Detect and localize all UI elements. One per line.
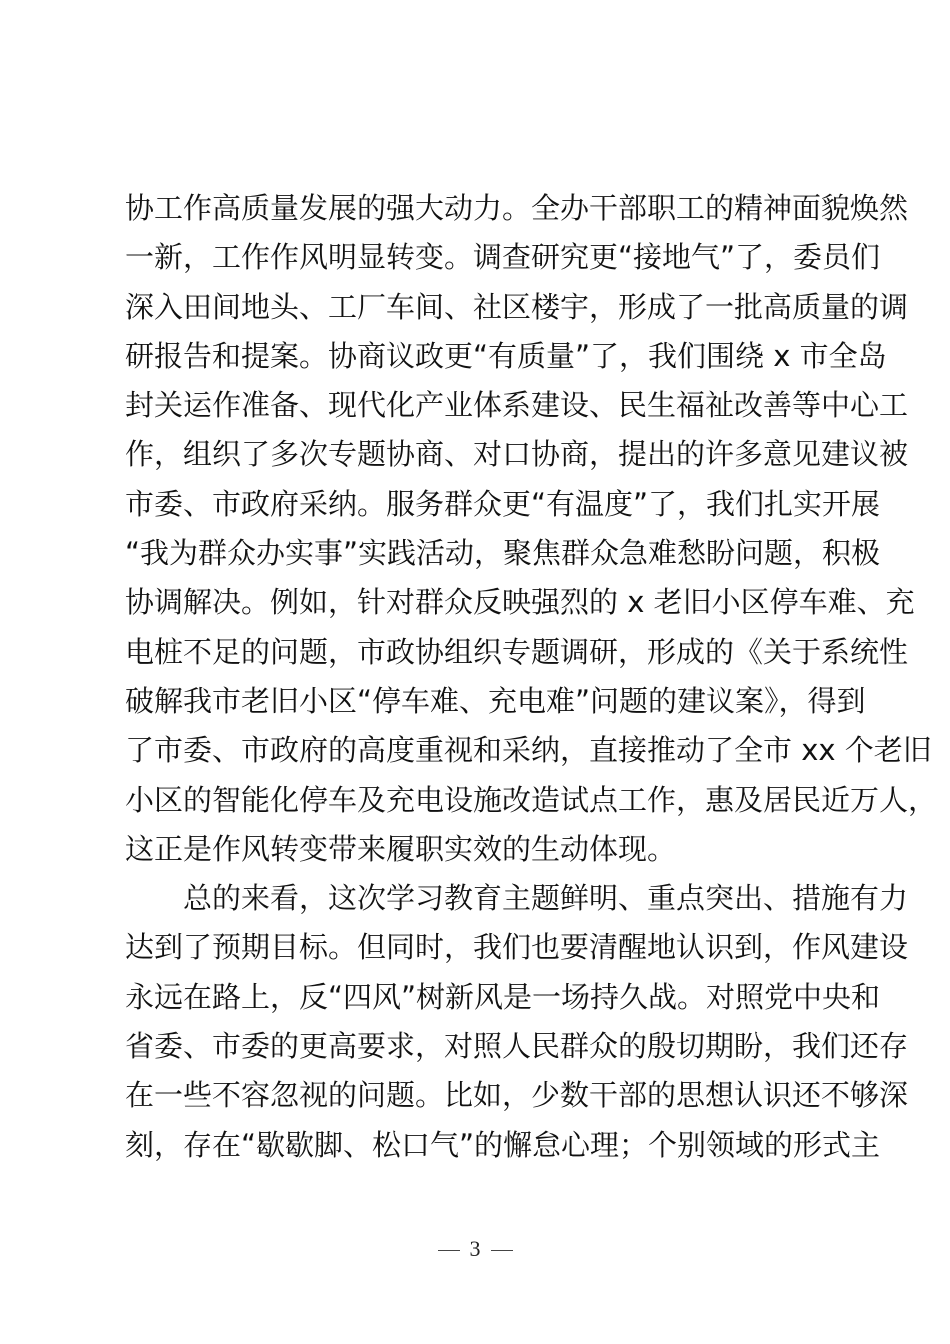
text-line: 深入田间地头、工厂车间、社区楼宇，形成了一批高质量的调 xyxy=(125,283,831,332)
text-line: 刻，存在“歇歇脚、松口气”的懈怠心理；个别领域的形式主 xyxy=(125,1121,831,1170)
text-line: 研报告和提案。协商议政更“有质量”了，我们围绕 x 市全岛 xyxy=(125,332,831,381)
text-line: 市委、市政府采纳。服务群众更“有温度”了，我们扎实开展 xyxy=(125,480,831,529)
text-line: “我为群众办实事”实践活动，聚焦群众急难愁盼问题，积极 xyxy=(125,529,831,578)
text-line: 这正是作风转变带来履职实效的生动体现。 xyxy=(125,825,831,874)
text-line: 封关运作准备、现代化产业体系建设、民生福祉改善等中心工 xyxy=(125,381,831,430)
text-line: 总的来看，这次学习教育主题鲜明、重点突出、措施有力 xyxy=(125,874,831,923)
text-line: 永远在路上，反“四风”树新风是一场持久战。对照党中央和 xyxy=(125,973,831,1022)
text-line: 省委、市委的更高要求，对照人民群众的殷切期盼，我们还存 xyxy=(125,1022,831,1071)
text-line: 一新，工作作风明显转变。调查研究更“接地气”了，委员们 xyxy=(125,233,831,282)
page-footer: 3 xyxy=(0,1236,950,1262)
text-line: 小区的智能化停车及充电设施改造试点工作，惠及居民近万人， xyxy=(125,776,855,825)
text-line: 协工作高质量发展的强大动力。全办干部职工的精神面貌焕然 xyxy=(125,184,831,233)
body-text: 协工作高质量发展的强大动力。全办干部职工的精神面貌焕然 一新，工作作风明显转变。… xyxy=(125,184,831,1170)
text-line: 在一些不容忽视的问题。比如，少数干部的思想认识还不够深 xyxy=(125,1071,831,1120)
page-number: 3 xyxy=(470,1236,481,1261)
text-line: 作，组织了多次专题协商、对口协商，提出的许多意见建议被 xyxy=(125,430,831,479)
document-page: 协工作高质量发展的强大动力。全办干部职工的精神面貌焕然 一新，工作作风明显转变。… xyxy=(0,0,950,1344)
dash-right xyxy=(491,1250,513,1251)
text-line: 破解我市老旧小区“停车难、充电难”问题的建议案》，得到 xyxy=(125,677,831,726)
text-line: 达到了预期目标。但同时，我们也要清醒地认识到，作风建设 xyxy=(125,923,831,972)
dash-left xyxy=(438,1250,460,1251)
text-line: 了市委、市政府的高度重视和采纳，直接推动了全市 xx 个老旧 xyxy=(125,726,831,775)
text-line: 协调解决。例如，针对群众反映强烈的 x 老旧小区停车难、充 xyxy=(125,578,831,627)
text-line: 电桩不足的问题，市政协组织专题调研，形成的《关于系统性 xyxy=(125,628,831,677)
